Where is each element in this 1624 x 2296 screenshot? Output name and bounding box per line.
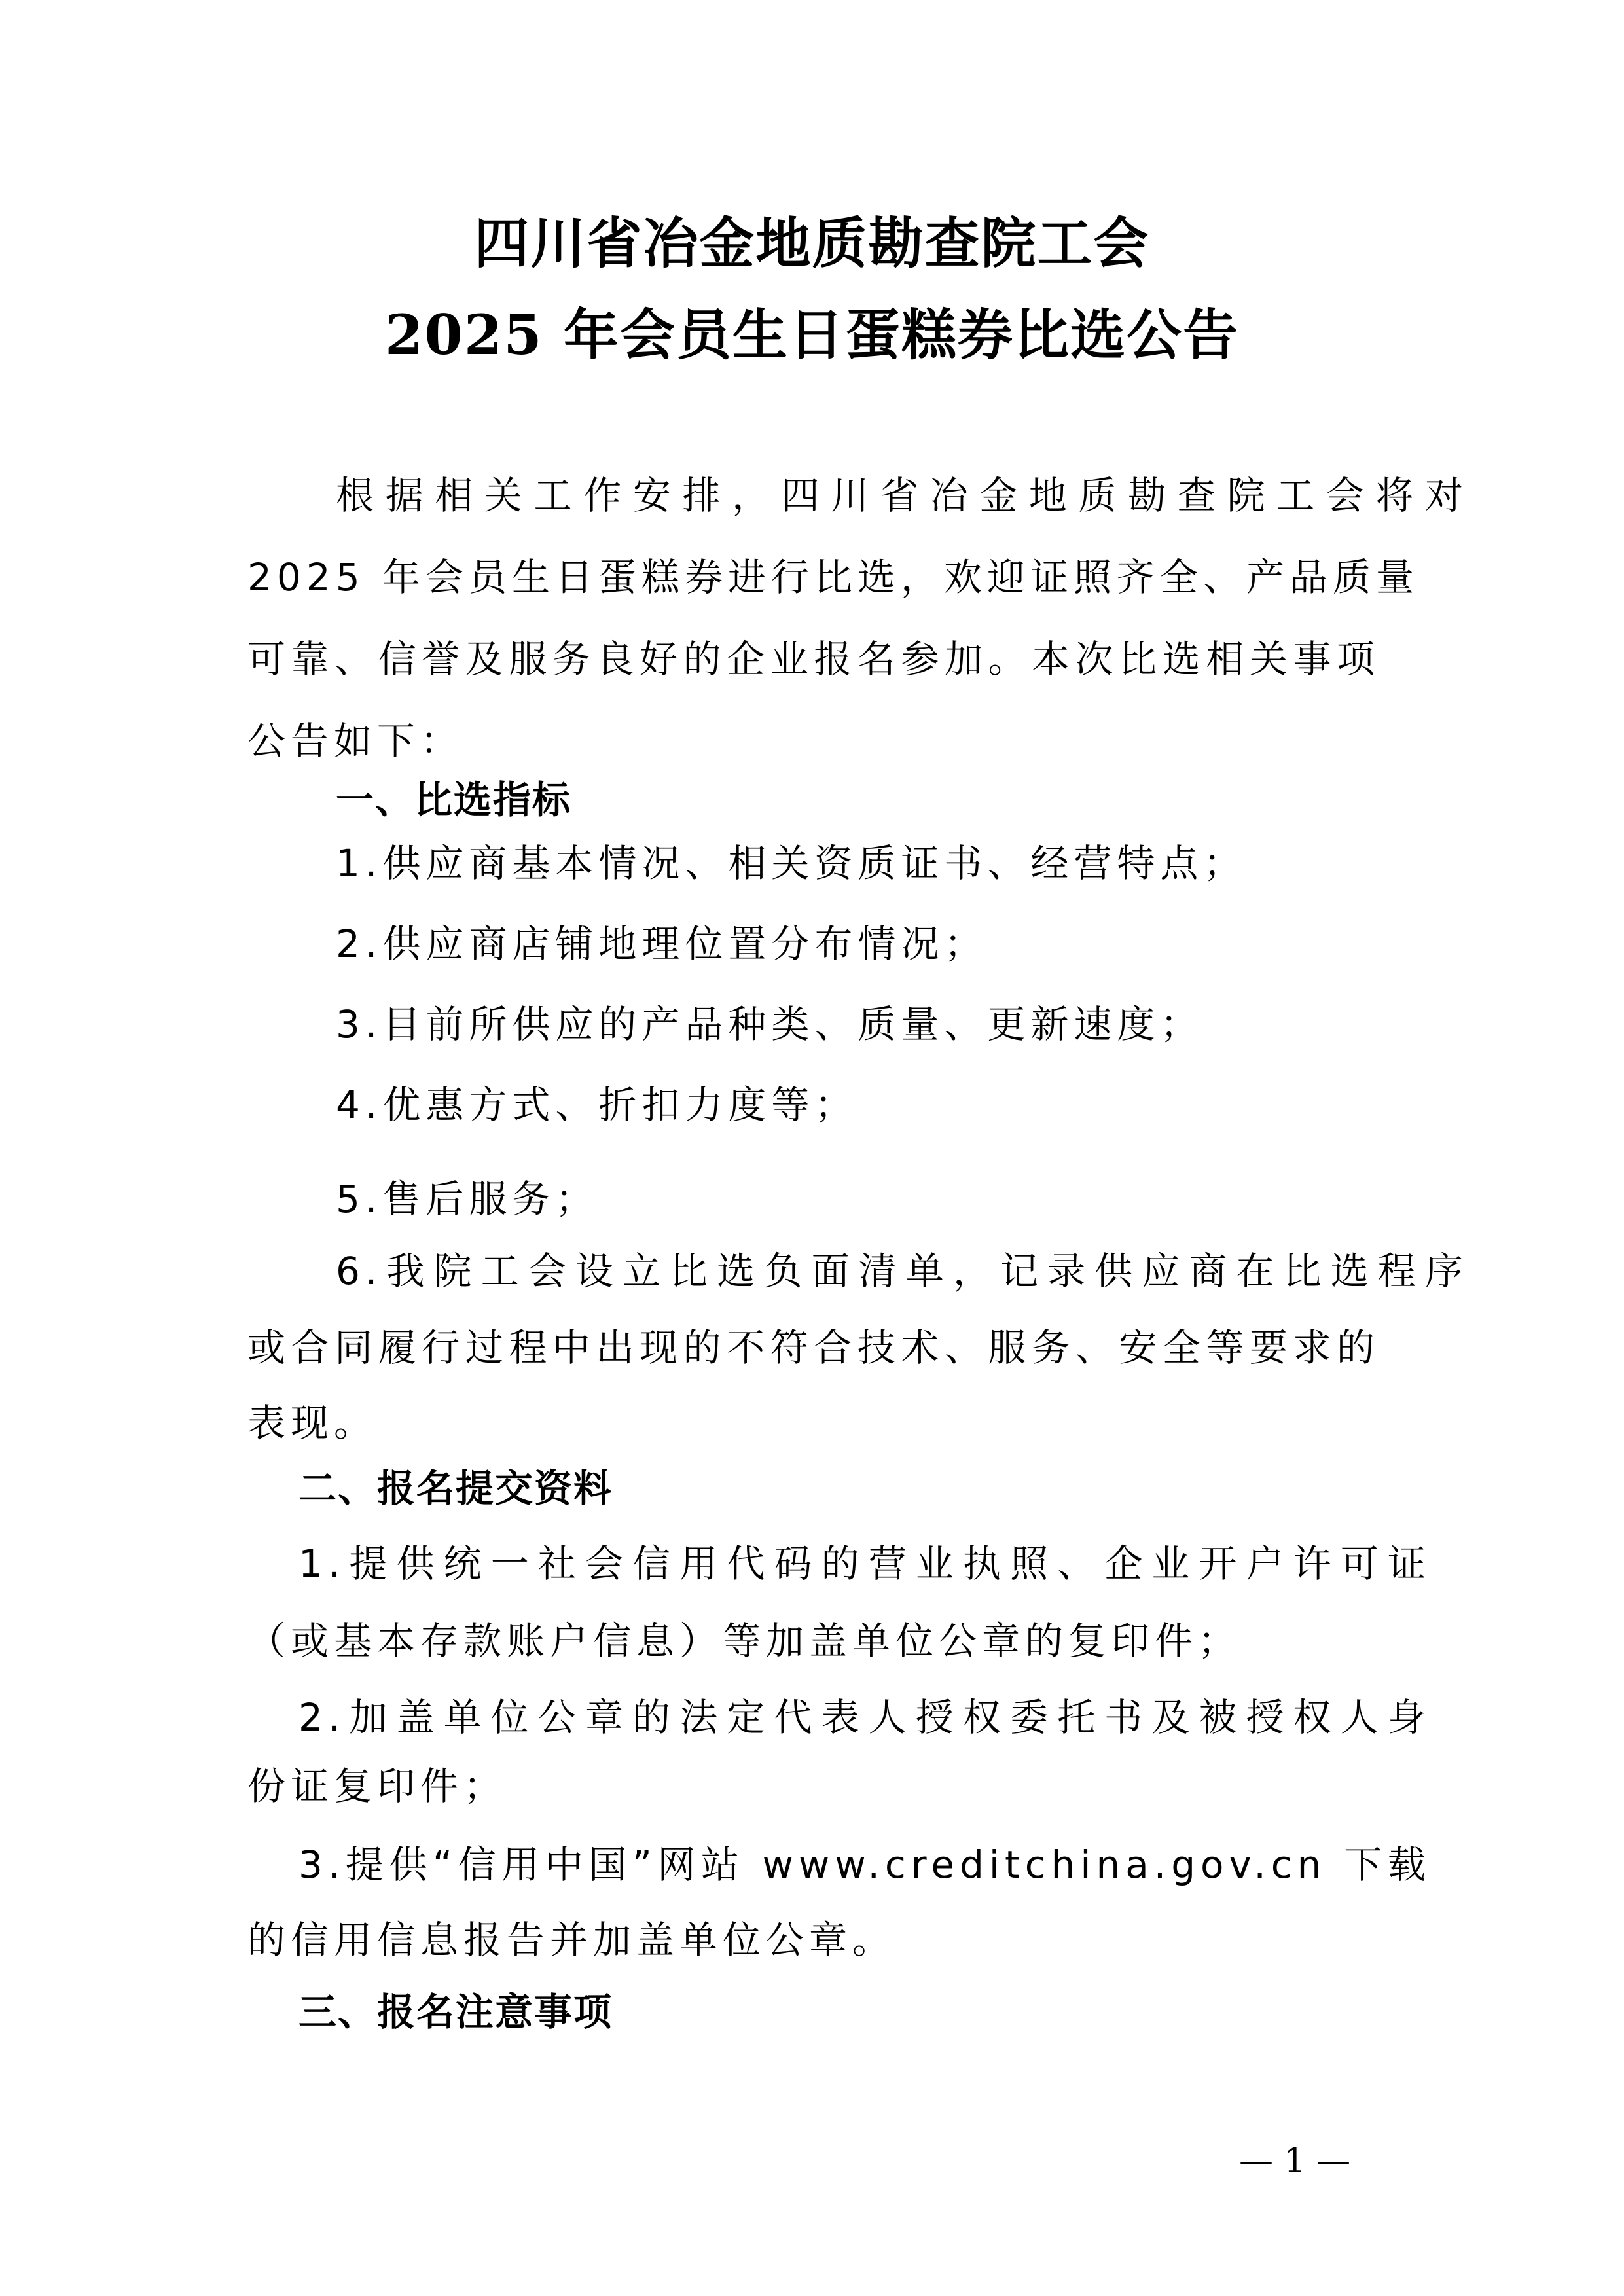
document-page: 四川省冶金地质勘查院工会 2025 年会员生日蛋糕券比选公告 根据相关工作安排，… [0,0,1624,2296]
intro-line-2: 2025 年会员生日蛋糕券进行比选，欢迎证照齐全、产品质量 [247,558,1380,596]
section2-item-1-line-1: 1.提供统一社会信用代码的营业执照、企业开户许可证 [247,1545,1431,1583]
section2-item-3-line-1: 3.提供“信用中国”网站 www.creditchina.gov.cn 下载 [247,1846,1431,1884]
section1-item-5: 5.售后服务； [247,1180,1468,1218]
section1-item-4: 4.优惠方式、折扣力度等； [247,1086,1468,1124]
section2-heading: 二、报名提交资料 [247,1469,1431,1507]
section1-heading: 一、比选指标 [247,781,1468,819]
section1-item-2: 2.供应商店铺地理位置分布情况； [247,925,1468,963]
section1-item-6-line-3: 表现。 [247,1404,1380,1442]
document-title-line2: 2025 年会员生日蛋糕券比选公告 [0,308,1624,363]
section3-heading: 三、报名注意事项 [247,1993,1431,2031]
section1-item-1: 1.供应商基本情况、相关资质证书、经营特点； [247,844,1468,882]
intro-line-1: 根据相关工作安排，四川省冶金地质勘查院工会将对 [247,476,1468,514]
section2-item-3-line-2: 的信用信息报告并加盖单位公章。 [247,1921,1380,1959]
document-title-line1: 四川省冶金地质勘查院工会 [0,216,1624,271]
section2-item-1-line-2: （或基本存款账户信息）等加盖单位公章的复印件； [247,1622,1380,1660]
section1-item-6-line-1: 6.我院工会设立比选负面清单，记录供应商在比选程序 [247,1252,1468,1290]
section1-item-6-line-2: 或合同履行过程中出现的不符合技术、服务、安全等要求的 [247,1329,1380,1367]
intro-line-4: 公告如下： [247,722,1380,760]
section2-item-2-line-2: 份证复印件； [247,1767,1380,1805]
page-number: — 1 — [1239,2142,1350,2181]
section2-item-2-line-1: 2.加盖单位公章的法定代表人授权委托书及被授权人身 [247,1698,1431,1736]
section1-item-3: 3.目前所供应的产品种类、质量、更新速度； [247,1005,1468,1043]
intro-line-3: 可靠、信誉及服务良好的企业报名参加。本次比选相关事项 [247,640,1380,678]
